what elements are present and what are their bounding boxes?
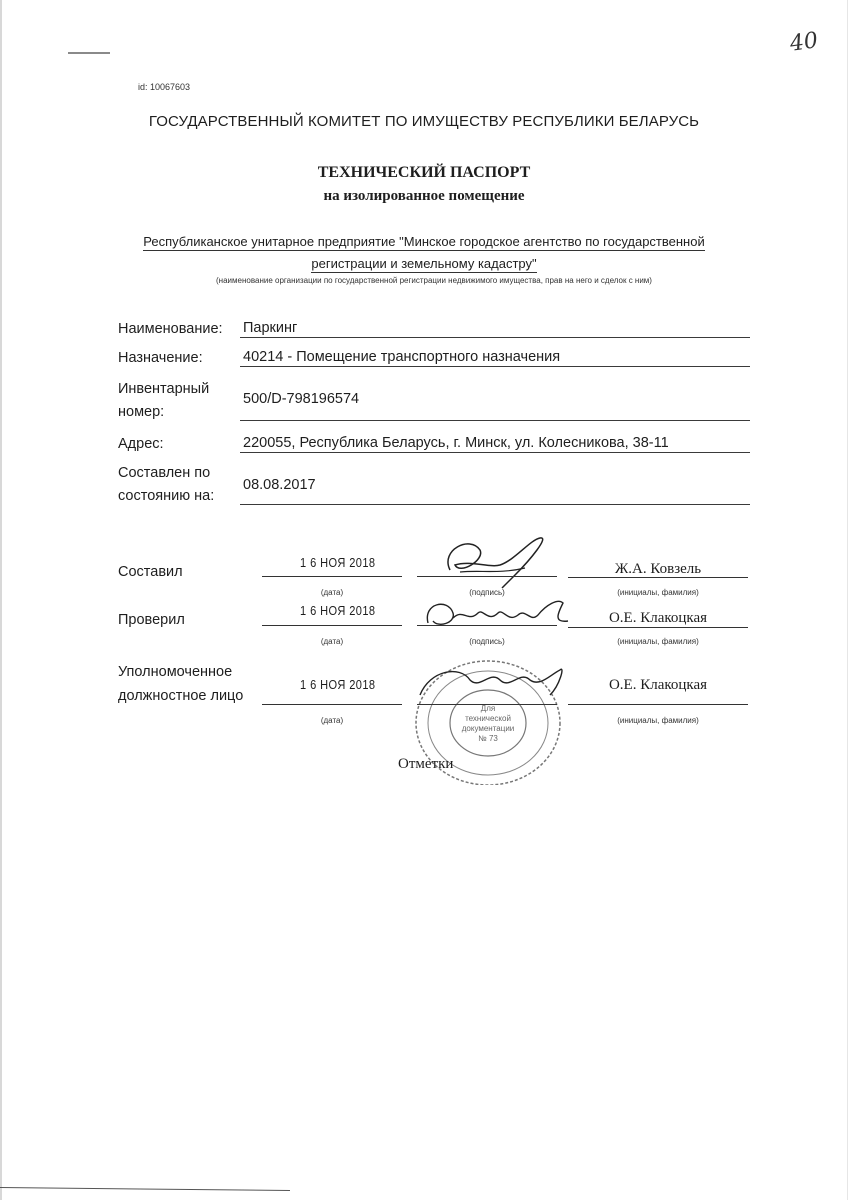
signature-line [417, 625, 557, 626]
caption-name: (инициалы, фамилия) [568, 588, 748, 597]
marks-heading: Отметки [398, 756, 453, 773]
organization-line-2: регистрации и земельному кадастру" [0, 256, 848, 271]
caption-name: (инициалы, фамилия) [568, 716, 748, 725]
organization-line-1: Республиканское унитарное предприятие "М… [0, 234, 848, 249]
handwritten-page-number: 40 [788, 28, 819, 57]
document-id: id: 10067603 [138, 82, 190, 92]
svg-text:№ 73: № 73 [478, 734, 498, 743]
signature-handwritten-icon [418, 593, 578, 633]
name-line [568, 704, 748, 705]
name-line [568, 627, 748, 628]
signature-name-authorized: О.Е. Клакоцкая [568, 677, 748, 694]
caption-date: (дата) [262, 637, 402, 646]
date-line [262, 704, 402, 705]
signature-line [417, 704, 557, 705]
field-address-line [240, 452, 750, 453]
date-line [262, 576, 402, 577]
field-purpose-value: 40214 - Помещение транспортного назначен… [243, 349, 560, 365]
svg-text:технической: технической [465, 714, 511, 723]
field-address-value: 220055, Республика Беларусь, г. Минск, у… [243, 435, 669, 451]
document-title: ТЕХНИЧЕСКИЙ ПАСПОРТ [0, 164, 848, 182]
field-purpose-line [240, 366, 750, 367]
field-inventory-value: 500/D-798196574 [243, 391, 359, 407]
field-asof-label-2: состоянию на: [118, 485, 214, 507]
field-name-label: Наименование: [118, 318, 223, 340]
organization-caption: (наименование организации по государстве… [0, 276, 848, 285]
field-inventory-label-1: Инвентарный [118, 378, 209, 400]
name-line [568, 577, 748, 578]
signature-date-checked: 1 6 НОЯ 2018 [300, 603, 376, 618]
svg-text:Для: Для [481, 704, 495, 713]
signature-handwritten-icon [430, 530, 560, 590]
signature-name-checked: О.Е. Клакоцкая [568, 610, 748, 627]
signature-line [417, 576, 557, 577]
date-line [262, 625, 402, 626]
signature-role-compiled: Составил [118, 561, 183, 583]
scan-mark [68, 52, 110, 54]
document-subtitle: на изолированное помещение [0, 188, 848, 205]
caption-date: (дата) [262, 716, 402, 725]
field-name-value: Паркинг [243, 320, 297, 336]
scan-bottom-line [0, 1187, 290, 1191]
signature-role-checked: Проверил [118, 609, 185, 631]
signature-date-compiled: 1 6 НОЯ 2018 [300, 555, 376, 570]
field-inventory-line [240, 420, 750, 421]
field-inventory-label-2: номер: [118, 401, 164, 423]
field-address-label: Адрес: [118, 433, 164, 455]
field-asof-label-1: Составлен по [118, 462, 210, 484]
field-purpose-label: Назначение: [118, 347, 203, 369]
field-name-line [240, 337, 750, 338]
caption-name: (инициалы, фамилия) [568, 637, 748, 646]
organization-text-2: регистрации и земельному кадастру" [311, 256, 536, 273]
field-asof-line [240, 504, 750, 505]
organization-text-1: Республиканское унитарное предприятие "М… [143, 234, 704, 251]
field-asof-value: 08.08.2017 [243, 477, 316, 493]
signature-role-authorized-2: должностное лицо [118, 685, 243, 707]
issuing-committee: ГОСУДАРСТВЕННЫЙ КОМИТЕТ ПО ИМУЩЕСТВУ РЕС… [0, 113, 848, 130]
caption-date: (дата) [262, 588, 402, 597]
signature-date-authorized: 1 6 НОЯ 2018 [300, 677, 376, 692]
svg-text:документации: документации [462, 724, 515, 733]
signature-name-compiled: Ж.А. Ковзель [568, 561, 748, 578]
caption-signature: (подпись) [417, 637, 557, 646]
signature-role-authorized-1: Уполномоченное [118, 661, 232, 683]
